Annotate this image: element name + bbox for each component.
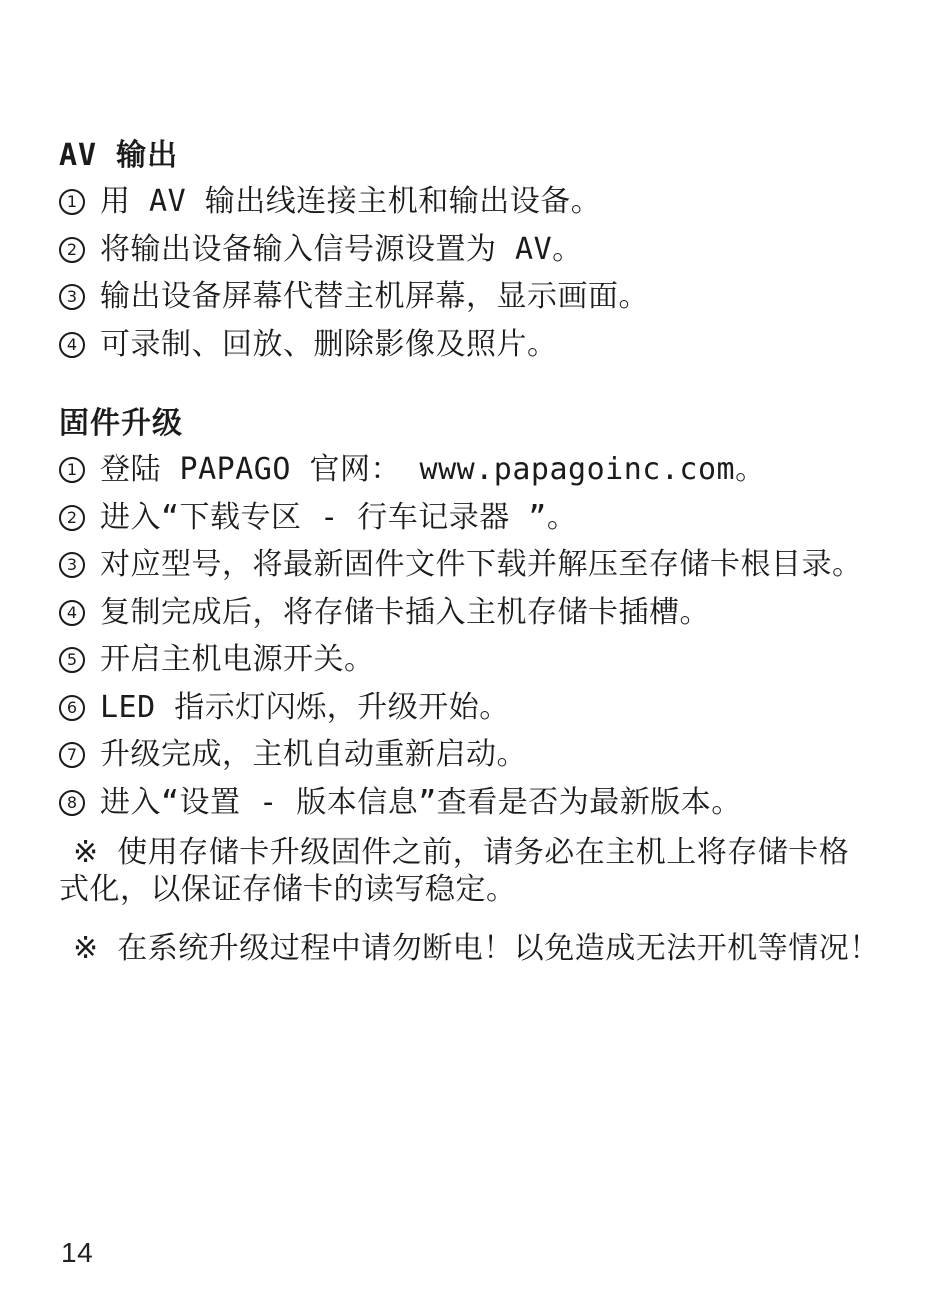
circled-number-icon: 2	[59, 237, 85, 263]
step-number: 1	[67, 462, 77, 478]
section-firmware-upgrade: 固件升级 1 登陆 PAPAGO 官网： www.papagoinc.com。 …	[59, 407, 919, 818]
note-no-power-off: ※ 在系统升级过程中请勿断电！以免造成无法开机等情况！	[59, 930, 919, 967]
circled-number-icon: 2	[59, 505, 85, 531]
note-format-card: ※ 使用存储卡升级固件之前，请务必在主机上将存储卡格 式化，以保证存储卡的读写稳…	[59, 834, 919, 908]
step-number: 1	[67, 194, 77, 210]
step-number: 3	[67, 289, 77, 305]
step-number: 4	[67, 605, 77, 621]
circled-number-icon: 8	[59, 790, 85, 816]
section-title-av-output: AV 输出	[59, 139, 919, 172]
list-item: 3 对应型号，将最新固件文件下载并解压至存储卡根目录。	[59, 549, 919, 581]
step-text: 升级完成，主机自动重新启动。	[100, 739, 527, 771]
step-text: LED 指示灯闪烁，升级开始。	[100, 692, 510, 724]
list-item: 5 开启主机电源开关。	[59, 644, 919, 676]
note-line: 式化，以保证存储卡的读写稳定。	[59, 871, 919, 908]
step-number: 6	[67, 700, 77, 716]
step-text: 将输出设备输入信号源设置为 AV。	[100, 234, 583, 266]
step-number: 7	[67, 747, 77, 763]
section-av-output: AV 输出 1 用 AV 输出线连接主机和输出设备。 2 将输出设备输入信号源设…	[59, 139, 919, 360]
list-item: 1 登陆 PAPAGO 官网： www.papagoinc.com。	[59, 454, 919, 486]
step-text: 进入“下载专区 - 行车记录器 ”。	[100, 502, 577, 534]
list-item: 4 复制完成后，将存储卡插入主机存储卡插槽。	[59, 597, 919, 629]
circled-number-icon: 4	[59, 332, 85, 358]
step-text: 登陆 PAPAGO 官网： www.papagoinc.com。	[100, 454, 766, 486]
step-number: 2	[67, 242, 77, 258]
circled-number-icon: 3	[59, 552, 85, 578]
note-line: ※ 使用存储卡升级固件之前，请务必在主机上将存储卡格	[59, 834, 919, 871]
step-number: 2	[67, 510, 77, 526]
list-item: 4 可录制、回放、删除影像及照片。	[59, 329, 919, 361]
circled-number-icon: 1	[59, 457, 85, 483]
notes-block: ※ 使用存储卡升级固件之前，请务必在主机上将存储卡格 式化，以保证存储卡的读写稳…	[59, 834, 919, 967]
step-number: 3	[67, 557, 77, 573]
step-text: 进入“设置 - 版本信息”查看是否为最新版本。	[100, 787, 742, 819]
step-text: 开启主机电源开关。	[100, 644, 375, 676]
note-line: ※ 在系统升级过程中请勿断电！以免造成无法开机等情况！	[59, 930, 919, 967]
step-number: 4	[67, 337, 77, 353]
page-number: 14	[61, 1239, 93, 1267]
list-item: 2 将输出设备输入信号源设置为 AV。	[59, 234, 919, 266]
step-number: 5	[67, 652, 77, 668]
step-text: 可录制、回放、删除影像及照片。	[100, 329, 558, 361]
step-text: 复制完成后，将存储卡插入主机存储卡插槽。	[100, 597, 710, 629]
circled-number-icon: 4	[59, 600, 85, 626]
list-item: 2 进入“下载专区 - 行车记录器 ”。	[59, 502, 919, 534]
step-text: 用 AV 输出线连接主机和输出设备。	[100, 186, 601, 218]
circled-number-icon: 3	[59, 284, 85, 310]
list-item: 8 进入“设置 - 版本信息”查看是否为最新版本。	[59, 787, 919, 819]
circled-number-icon: 1	[59, 189, 85, 215]
list-item: 3 输出设备屏幕代替主机屏幕，显示画面。	[59, 281, 919, 313]
step-text: 输出设备屏幕代替主机屏幕，显示画面。	[100, 281, 649, 313]
firmware-upgrade-steps: 1 登陆 PAPAGO 官网： www.papagoinc.com。 2 进入“…	[59, 454, 919, 818]
page-content: AV 输出 1 用 AV 输出线连接主机和输出设备。 2 将输出设备输入信号源设…	[59, 139, 919, 967]
step-number: 8	[67, 795, 77, 811]
circled-number-icon: 5	[59, 647, 85, 673]
step-text: 对应型号，将最新固件文件下载并解压至存储卡根目录。	[100, 549, 863, 581]
circled-number-icon: 6	[59, 695, 85, 721]
list-item: 7 升级完成，主机自动重新启动。	[59, 739, 919, 771]
list-item: 1 用 AV 输出线连接主机和输出设备。	[59, 186, 919, 218]
manual-page: AV 输出 1 用 AV 输出线连接主机和输出设备。 2 将输出设备输入信号源设…	[0, 0, 944, 1299]
section-title-firmware-upgrade: 固件升级	[59, 407, 919, 440]
circled-number-icon: 7	[59, 742, 85, 768]
av-output-steps: 1 用 AV 输出线连接主机和输出设备。 2 将输出设备输入信号源设置为 AV。…	[59, 186, 919, 360]
list-item: 6 LED 指示灯闪烁，升级开始。	[59, 692, 919, 724]
